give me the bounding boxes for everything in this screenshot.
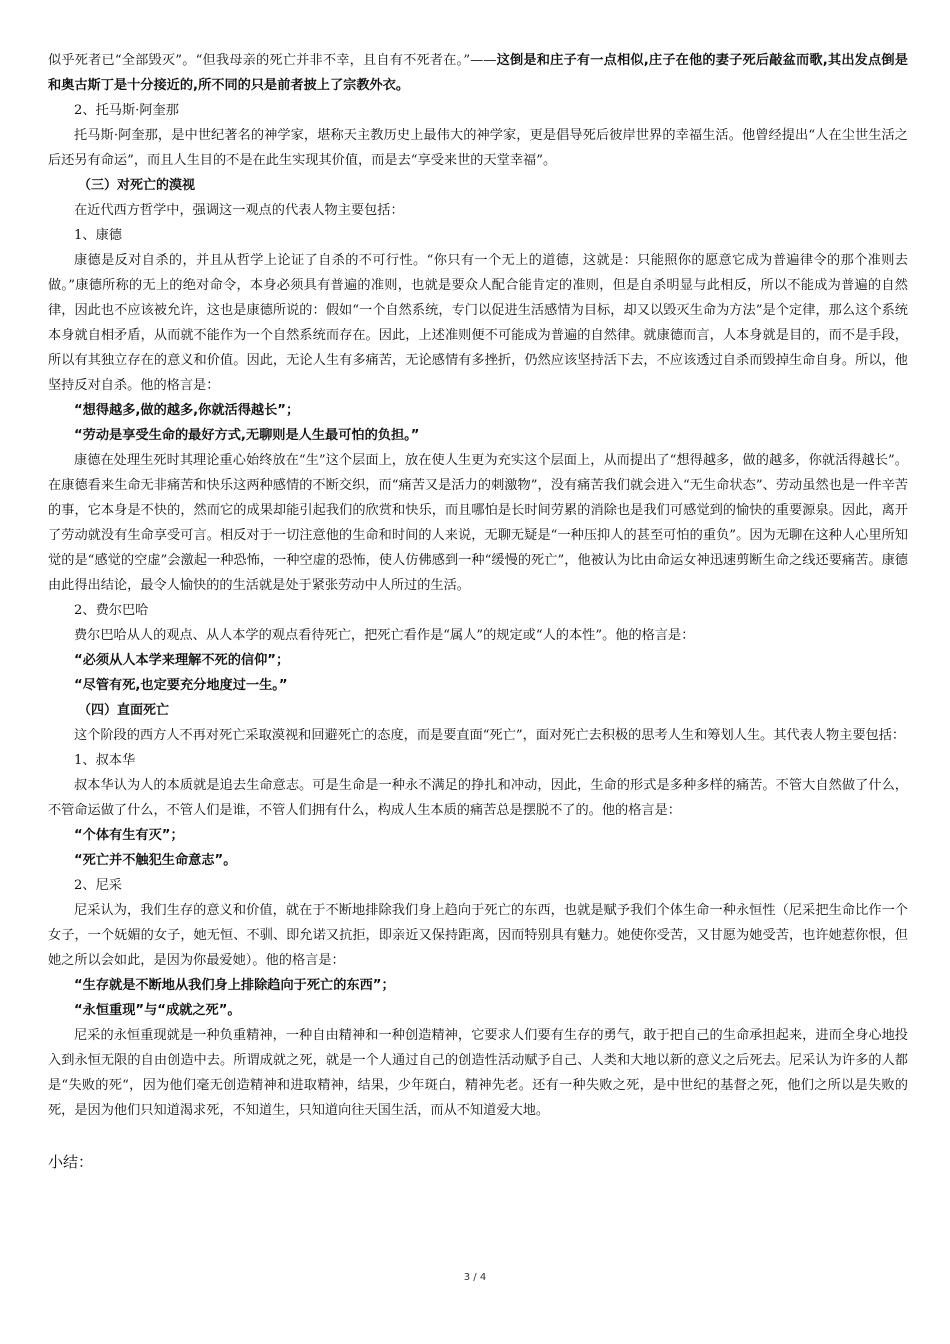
nietzsche-paragraph-1: 尼采认为，我们生存的意义和价值，就在于不断地排除我们身上趋向于死亡的东西，也就是… — [48, 898, 908, 973]
document-page: 似乎死者已“全部毁灭”。“但我母亲的死亡并非不幸，且自有不死者在。”——这倒是和… — [48, 48, 908, 1175]
nietzsche-quote-1: “生存就是不断地从我们身上排除趋向于死亡的东西”； — [48, 973, 908, 998]
schopenhauer-paragraph: 叔本华认为人的本质就是追去生命意志。可是生命是一种永不满足的挣扎和冲动，因此，生… — [48, 773, 908, 823]
page-number: 3 / 4 — [0, 1272, 950, 1283]
schopenhauer-quote-1: “个体有生有灭”； — [48, 823, 908, 848]
kant-paragraph-1: 康德是反对自杀的，并且从哲学上论证了自杀的不可行性。“你只有一个无上的道德，这就… — [48, 248, 908, 398]
feuerbach-quote-1: “必须从人本学来理解不死的信仰”； — [48, 648, 908, 673]
kant-heading: 1、康德 — [48, 223, 908, 248]
kant-quote-2: “劳动是享受生命的最好方式,无聊则是人生最可怕的负担。” — [48, 423, 908, 448]
nietzsche-paragraph-2: 尼采的永恒重现就是一种负重精神，一种自由精神和一种创造精神，它要求人们要有生存的… — [48, 1023, 908, 1123]
intro-continuation-paragraph: 似乎死者已“全部毁灭”。“但我母亲的死亡并非不幸，且自有不死者在。”——这倒是和… — [48, 48, 908, 98]
section-3-intro: 在近代西方哲学中，强调这一观点的代表人物主要包括： — [48, 198, 908, 223]
feuerbach-heading: 2、费尔巴哈 — [48, 598, 908, 623]
feuerbach-quote-2: “尽管有死,也定要充分地度过一生。” — [48, 673, 908, 698]
feuerbach-paragraph: 费尔巴哈从人的观点、从人本学的观点看待死亡，把死亡看作是“属人”的规定或“人的本… — [48, 623, 908, 648]
nietzsche-heading: 2、尼采 — [48, 873, 908, 898]
summary-label: 小结： — [48, 1149, 908, 1175]
schopenhauer-quote-2: “死亡并不触犯生命意志”。 — [48, 848, 908, 873]
section-4-intro: 这个阶段的西方人不再对死亡采取漠视和回避死亡的态度，而是要直面“死亡”，面对死亡… — [48, 723, 908, 748]
schopenhauer-heading: 1、叔本华 — [48, 748, 908, 773]
kant-quote-1: “想得越多,做的越多,你就活得越长”； — [48, 398, 908, 423]
aquinas-heading: 2、托马斯·阿奎那 — [48, 98, 908, 123]
nietzsche-quote-2: “永恒重现”与“成就之死”。 — [48, 998, 908, 1023]
kant-paragraph-2: 康德在处理生死时其理论重心始终放在“生”这个层面上，放在使人生更为充实这个层面上… — [48, 448, 908, 598]
section-3-title: （三）对死亡的漠视 — [48, 173, 908, 198]
section-4-title: （四）直面死亡 — [48, 698, 908, 723]
aquinas-paragraph: 托马斯·阿奎那，是中世纪著名的神学家，堪称天主教历史上最伟大的神学家，更是倡导死… — [48, 123, 908, 173]
intro-normal-text: 似乎死者已“全部毁灭”。“但我母亲的死亡并非不幸，且自有不死者在。”—— — [48, 53, 496, 68]
